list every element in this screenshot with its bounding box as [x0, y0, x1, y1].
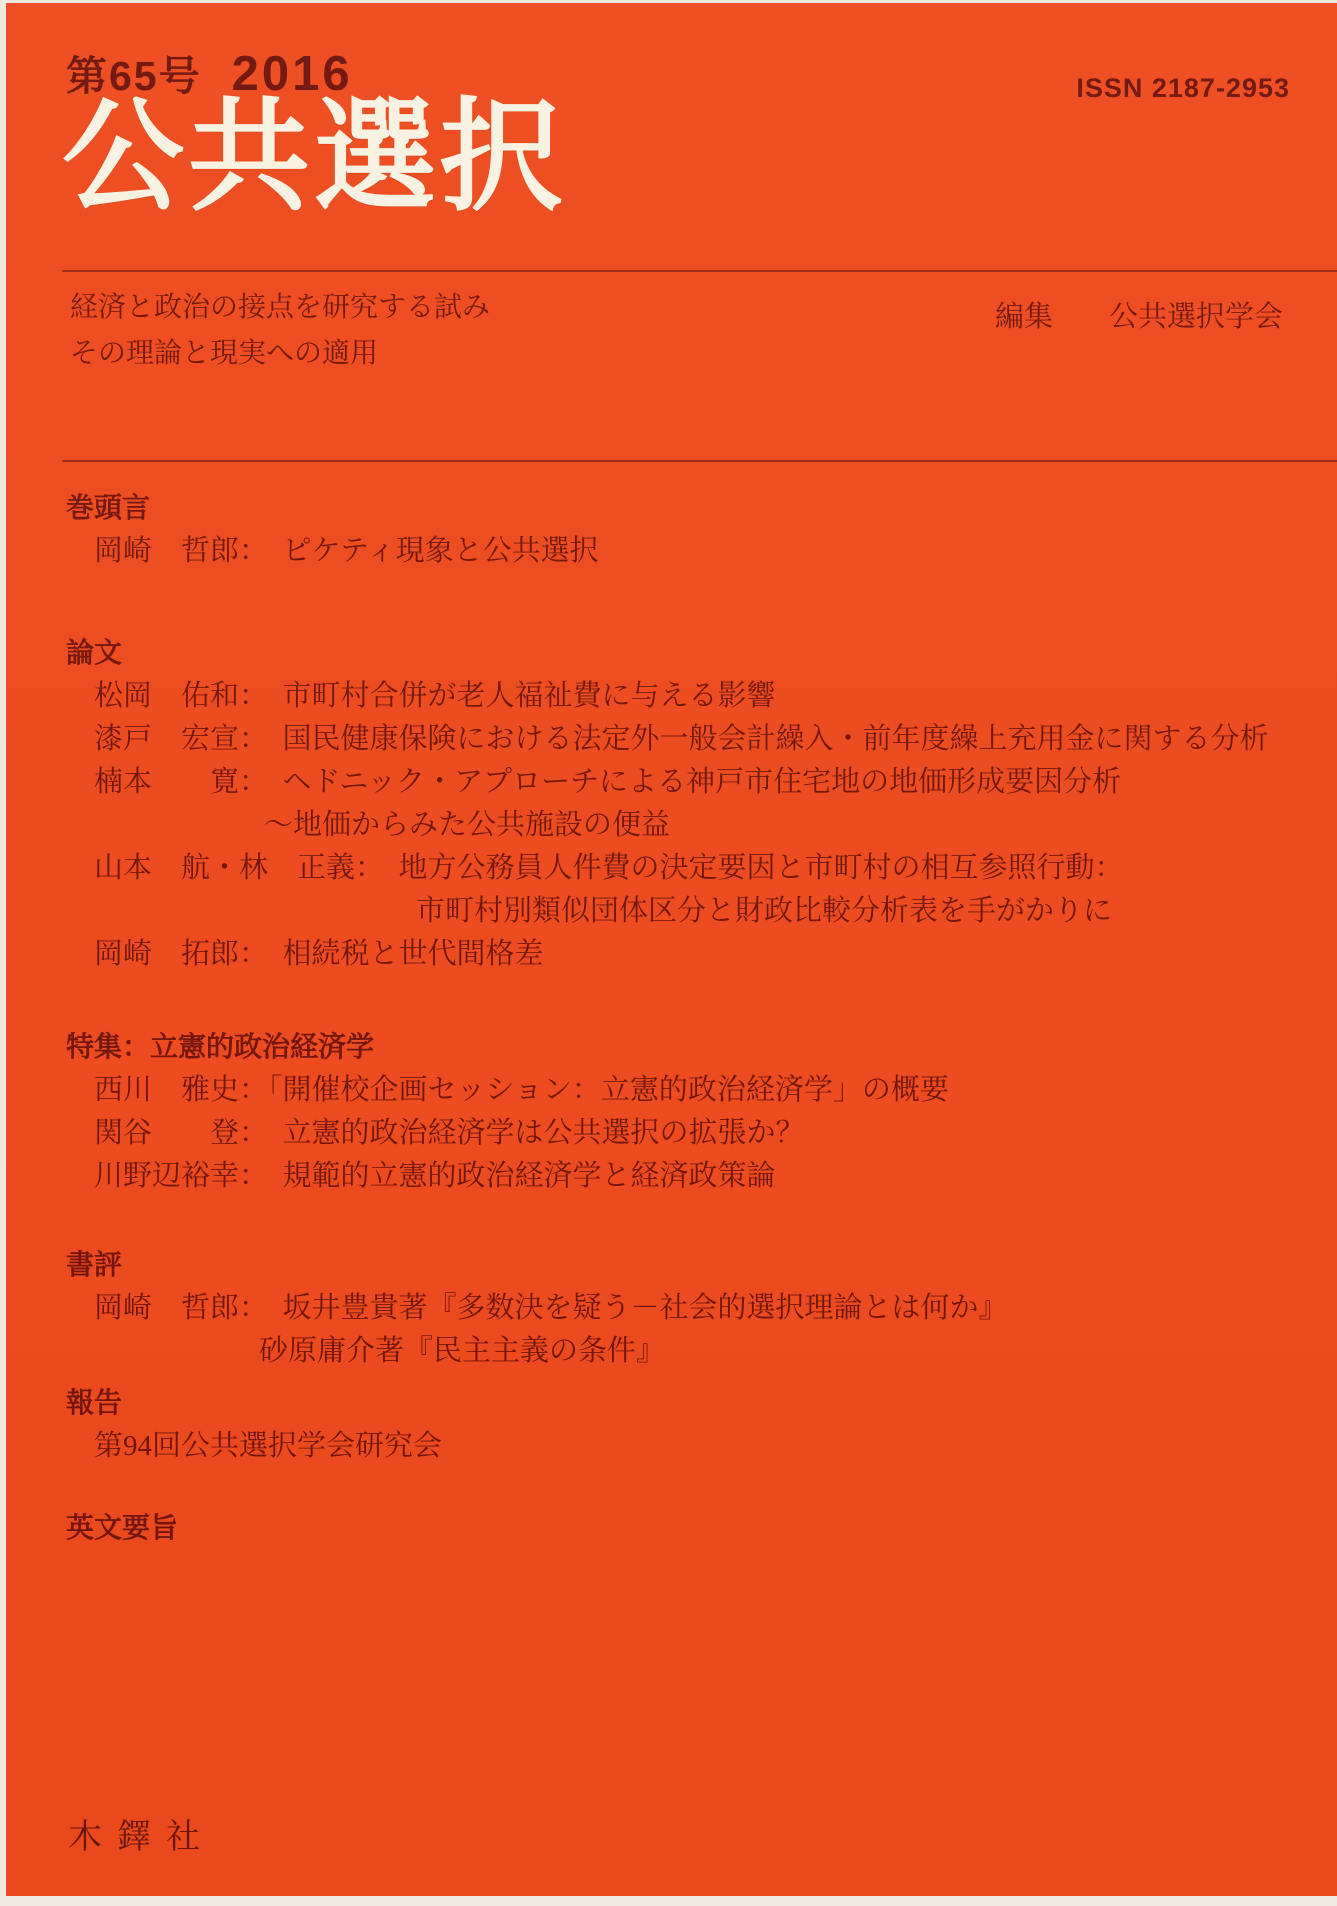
divider-under-title — [62, 270, 1337, 272]
toc-entry: 岡崎 哲郎： ピケティ現象と公共選択 — [94, 530, 1337, 573]
section-heading: 報告 — [66, 1381, 1337, 1425]
section-heading: 特集：立憲的政治経済学 — [66, 1025, 1337, 1069]
toc-entry-continuation: ～地価からみた公共施設の便益 — [94, 804, 1337, 847]
toc-entry: 関谷 登： 立憲的政治経済学は公共選択の拡張か？ — [94, 1112, 1337, 1155]
section-foreword: 巻頭言 岡崎 哲郎： ピケティ現象と公共選択 — [6, 486, 1337, 573]
section-heading: 英文要旨 — [66, 1506, 1337, 1550]
toc-entry: 松岡 佑和： 市町村合併が老人福祉費に与える影響 — [94, 675, 1337, 718]
section-book-reviews: 書評 岡崎 哲郎： 坂井豊貴著『多数決を疑う－社会的選択理論とは何か』 砂原庸介… — [6, 1243, 1337, 1373]
journal-cover: 第65号 2016 ISSN 2187-2953 公共選択 経済と政治の接点を研… — [6, 3, 1337, 1896]
toc-entry-continuation: 市町村別類似団体区分と財政比較分析表を手がかりに — [94, 890, 1337, 933]
toc-entry: 山本 航・林 正義： 地方公務員人件費の決定要因と市町村の相互参照行動： — [94, 847, 1337, 890]
toc-entry: 第94回公共選択学会研究会 — [94, 1425, 1337, 1468]
toc-entry: 西川 雅史：「開催校企画セッション：立憲的政治経済学」の概要 — [94, 1069, 1337, 1112]
toc-entry: 川野辺裕幸： 規範的立憲的政治経済学と経済政策論 — [94, 1155, 1337, 1198]
section-heading: 論文 — [66, 631, 1337, 675]
section-english-abstracts: 英文要旨 — [6, 1506, 1337, 1550]
section-heading: 巻頭言 — [66, 486, 1337, 530]
section-articles: 論文 松岡 佑和： 市町村合併が老人福祉費に与える影響 漆戸 宏宣： 国民健康保… — [6, 631, 1337, 976]
toc-entry: 岡崎 哲郎： 坂井豊貴著『多数決を疑う－社会的選択理論とは何か』 — [94, 1287, 1337, 1330]
subtitle-line-1: 経済と政治の接点を研究する試み — [70, 285, 490, 331]
journal-title: 公共選択 — [62, 81, 566, 234]
section-reports: 報告 第94回公共選択学会研究会 — [6, 1381, 1337, 1468]
section-special-feature: 特集：立憲的政治経済学 西川 雅史：「開催校企画セッション：立憲的政治経済学」の… — [6, 1025, 1337, 1198]
toc-entry: 楠本 寛： ヘドニック・アプローチによる神戸市住宅地の地価形成要因分析 — [94, 761, 1337, 804]
section-heading: 書評 — [66, 1243, 1337, 1287]
issn-number: ISSN 2187-2953 — [1076, 73, 1290, 104]
toc-entry-continuation: 砂原庸介著『民主主義の条件』 — [94, 1330, 1337, 1373]
editor-line: 編集公共選択学会 — [995, 294, 1283, 335]
divider-under-subtitle — [62, 460, 1337, 462]
subtitle-block: 経済と政治の接点を研究する試み その理論と現実への適用 — [70, 285, 490, 377]
toc-entry: 漆戸 宏宣： 国民健康保険における法定外一般会計繰入・前年度繰上充用金に関する分… — [94, 718, 1337, 761]
editor-name: 公共選択学会 — [1109, 301, 1283, 333]
subtitle-line-2: その理論と現実への適用 — [70, 331, 490, 377]
editor-label: 編集 — [995, 301, 1053, 333]
toc-entry: 岡崎 拓郎： 相続税と世代間格差 — [94, 933, 1337, 976]
publisher-name: 木鐸社 — [68, 1809, 215, 1858]
